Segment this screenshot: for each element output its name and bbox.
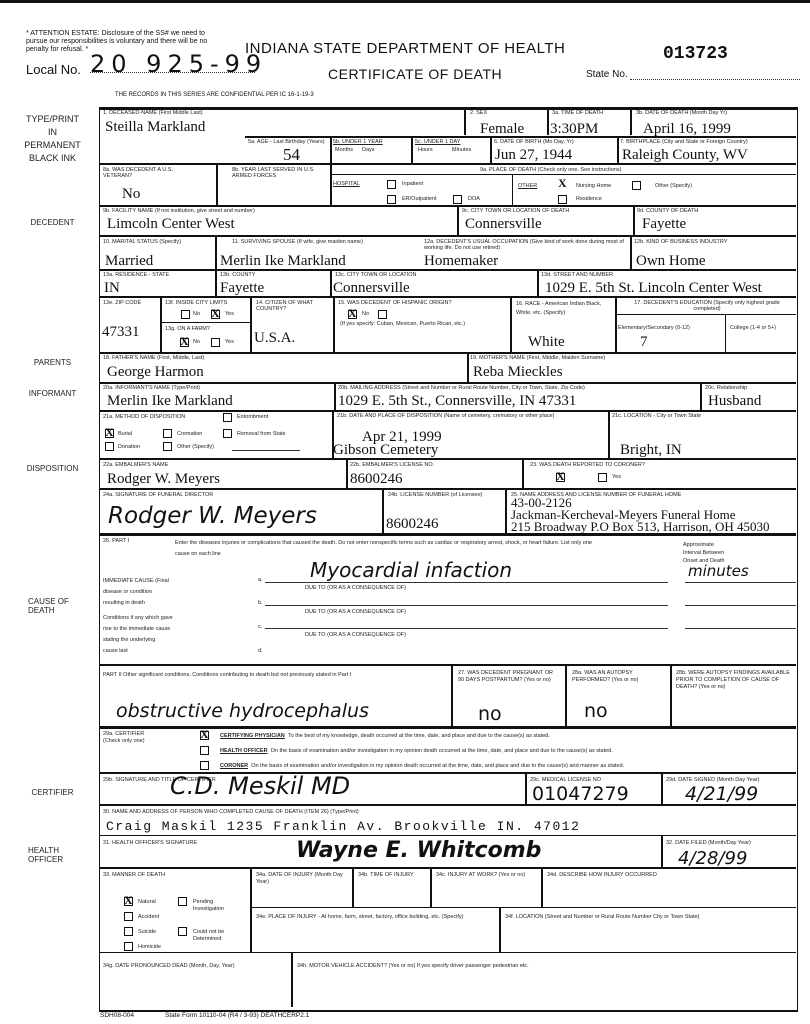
divider — [99, 835, 796, 836]
form-code: SDH08-004 — [100, 1012, 134, 1019]
coroner-yes-checkbox[interactable] — [598, 473, 607, 482]
birthplace[interactable]: Raleigh County, WV — [622, 147, 748, 163]
age-value[interactable]: 54 — [283, 147, 300, 163]
immediate-cause[interactable]: Myocardial infaction — [310, 558, 512, 582]
label: DOA — [468, 196, 480, 202]
certifier-section-label: CERTIFIER — [10, 788, 95, 797]
embalmer-name[interactable]: Rodger W. Meyers — [107, 471, 220, 487]
mother-name[interactable]: Reba Mieckles — [473, 364, 563, 380]
interval-line-a — [685, 582, 796, 583]
funeral-director-signature[interactable]: Rodger W. Meyers — [108, 503, 317, 529]
label: disease or condition — [103, 587, 169, 598]
divider — [99, 296, 796, 298]
state-form-number: State Form 10110-04 (R4 / 3-93) DEATHCER… — [165, 1012, 309, 1019]
residence-checkbox[interactable] — [558, 195, 567, 204]
label: Approximate — [683, 541, 725, 549]
label: 21b. DATE AND PLACE OF DISPOSITION (Name… — [337, 413, 602, 419]
divider — [499, 907, 501, 952]
label: To the best of my knowledge, death occur… — [288, 733, 550, 739]
pending-checkbox[interactable] — [178, 897, 187, 906]
accident-checkbox[interactable] — [124, 912, 133, 921]
cause-line-a — [265, 582, 668, 583]
divider — [522, 458, 524, 488]
divider — [512, 175, 513, 205]
divider — [99, 952, 796, 953]
label: 26. PART I — [103, 538, 129, 544]
hispanic-no-checkbox[interactable] — [348, 310, 357, 319]
label: 20a. INFORMANT'S NAME (Type/Print) — [103, 385, 200, 391]
label: 23. WAS DEATH REPORTED TO CORONER? — [530, 462, 645, 468]
label: 21c. LOCATION - City or Town State — [612, 413, 701, 419]
label: Pending Investigation — [193, 899, 238, 913]
divider — [505, 488, 507, 533]
pregnant-value[interactable]: no — [478, 703, 502, 725]
label: 34g. DATE PRONOUNCED DEAD (Month, Day, Y… — [103, 963, 235, 969]
label: 12b. KIND OF BUSINESS INDUSTRY — [634, 239, 727, 245]
label: 13g. ON A FARM? — [165, 326, 210, 332]
divider — [382, 488, 384, 533]
label: Accident — [138, 914, 159, 920]
divider — [330, 269, 332, 296]
label: 13e. ZIP CODE — [103, 300, 141, 306]
divider — [467, 352, 469, 382]
divider — [617, 136, 619, 163]
hispanic-yes-checkbox[interactable] — [378, 310, 387, 319]
label: 20b. MAILING ADDRESS (Street and Number … — [338, 385, 585, 391]
label: Suicide — [138, 929, 156, 935]
side-line: BLACK INK — [10, 152, 95, 165]
parents-section-label: PARENTS — [10, 358, 95, 367]
label: 13d. STREET AND NUMBER — [541, 272, 613, 278]
label: 32. DATE FILED (Month/Day Year) — [666, 840, 751, 846]
residence-city[interactable]: Connersville — [333, 280, 410, 296]
doa-checkbox[interactable] — [453, 195, 462, 204]
sex-value[interactable]: Female — [480, 121, 524, 137]
local-no-label: Local No. — [26, 62, 81, 77]
label: 5c. UNDER 1 DAY — [415, 139, 460, 145]
time-of-death[interactable]: 3:30PM — [550, 121, 598, 137]
label: resulting in death — [103, 598, 169, 609]
label: Entombment — [237, 414, 268, 420]
label: DUE TO (OR AS A CONSEQUENCE OF) — [305, 585, 406, 591]
confidential-note: THE RECORDS IN THIS SERIES ARE CONFIDENT… — [115, 92, 314, 98]
label: 11. SURVIVING SPOUSE (If wife, give maid… — [232, 239, 363, 245]
label: 12a. DECEDENT'S USUAL OCCUPATION (Give k… — [424, 239, 624, 251]
side-line: TYPE/PRINT — [10, 113, 95, 126]
label: 6. DATE OF BIRTH (Mo Day, Yr) — [494, 139, 574, 145]
label: 30. NAME AND ADDRESS OF PERSON WHO COMPL… — [103, 809, 359, 815]
date-of-death[interactable]: April 16, 1999 — [643, 121, 731, 137]
department-name: INDIANA STATE DEPARTMENT OF HEALTH — [245, 40, 565, 57]
label: DUE TO (OR AS A CONSEQUENCE OF) — [305, 632, 406, 638]
divider — [99, 163, 796, 165]
divider — [490, 136, 492, 163]
label: No — [193, 339, 200, 345]
divider — [541, 867, 543, 907]
date-filed[interactable]: 4/28/99 — [678, 848, 747, 869]
divider — [330, 136, 332, 163]
informant-address[interactable]: 1029 E. 5th St., Connersville, IN 47331 — [338, 393, 576, 409]
local-no-value: 20 925-99 — [90, 50, 267, 78]
label: d. — [258, 648, 263, 654]
disposition-location[interactable]: Bright, IN — [620, 442, 682, 458]
coroner-option: CORONER On the basis of examination and/… — [220, 763, 624, 769]
label: No — [193, 311, 200, 317]
zip-code[interactable]: 47331 — [102, 324, 140, 340]
divider — [525, 772, 527, 804]
veteran-value[interactable]: No — [122, 186, 140, 202]
divider — [510, 296, 512, 352]
medical-license[interactable]: 01047279 — [532, 783, 629, 805]
divider — [352, 867, 354, 907]
label: 8a. WAS DECEDENT A U.S. VETERAN? — [103, 167, 203, 179]
certificate-number: 013723 — [663, 44, 728, 64]
donation-checkbox[interactable] — [105, 442, 114, 451]
divider — [457, 205, 459, 235]
label: 24b. LICENSE NUMBER (of Licensee) — [388, 492, 498, 498]
label: Elementary/Secondary (0-12) — [618, 325, 690, 331]
label: 17. DECEDENT'S EDUCATION (Specify only h… — [622, 300, 792, 312]
divider — [160, 322, 250, 323]
certifying-physician-option: CERTIFYING PHYSICIAN To the best of my k… — [220, 733, 550, 739]
coroner-no-checkbox[interactable] — [556, 473, 565, 482]
divider — [99, 664, 796, 666]
label: College (1-4 or 5+) — [730, 325, 776, 331]
divider — [99, 269, 796, 271]
removal-checkbox[interactable] — [223, 429, 232, 438]
divider — [99, 352, 796, 354]
entombment-checkbox[interactable] — [223, 413, 232, 422]
label: 29a. CERTIFIER (Check only one) — [103, 731, 163, 745]
divider — [547, 108, 549, 135]
label: 28b. WERE AUTOPSY FINDINGS AVAILABLE PRI… — [676, 670, 791, 691]
divider — [250, 296, 252, 352]
divider — [725, 314, 726, 352]
label: 9c. CITY TOWN OR LOCATION OF DEATH — [462, 208, 569, 214]
deceased-name[interactable]: Steilla Markland — [105, 119, 205, 135]
label: Homicide — [138, 944, 161, 950]
conditions-label: Conditions if any which gave rise to the… — [103, 613, 173, 657]
divider — [615, 314, 796, 315]
divider — [245, 136, 796, 138]
label: Yes — [612, 474, 621, 480]
divider — [99, 235, 796, 237]
certifier-signature[interactable]: C.D. Meskil MD — [170, 772, 350, 800]
divider — [565, 664, 567, 726]
label: Interval Between — [683, 549, 725, 557]
divider — [633, 205, 635, 235]
divider — [430, 867, 432, 907]
label: Other (Specify) — [177, 444, 214, 450]
divider — [615, 296, 617, 352]
top-border — [0, 0, 810, 3]
label: (If yes specify: Cuban, Mexican, Puerto … — [340, 321, 505, 327]
divider — [334, 382, 336, 410]
label: a. — [258, 577, 263, 583]
label: Donation — [118, 444, 140, 450]
natural-checkbox[interactable] — [124, 897, 133, 906]
informant-section-label: INFORMANT — [10, 389, 95, 398]
label: Other (Specify) — [655, 183, 692, 189]
divider — [411, 136, 413, 163]
label: 16. RACE - American Indian Black, White,… — [516, 300, 611, 318]
coroner-checkbox[interactable] — [200, 761, 209, 770]
inside-city-yes-checkbox[interactable] — [211, 310, 220, 319]
divider — [608, 410, 610, 458]
divider — [330, 174, 796, 175]
marital-status[interactable]: Married — [105, 253, 153, 269]
label: 3b. DATE OF DEATH (Month Day Yr) — [636, 110, 727, 116]
label: Minutes — [452, 147, 471, 153]
label: 8b. YEAR LAST SERVED IN U.S. ARMED FORCE… — [232, 167, 327, 179]
divider — [330, 163, 332, 205]
suicide-checkbox[interactable] — [124, 927, 133, 936]
surviving-spouse[interactable]: Merlin Ike Markland — [220, 253, 346, 269]
label: 14. CITIZEN OF WHAT COUNTRY? — [256, 300, 328, 312]
label: 9a. PLACE OF DEATH (Check only one. See … — [480, 167, 621, 173]
label: 27. WAS DECEDENT PREGNANT OR 90 DAYS POS… — [458, 670, 558, 684]
label: 34c. INJURY AT WORK? (Yes or no) — [436, 872, 526, 879]
label: Natural — [138, 899, 156, 905]
label: 34b. TIME OF INJURY — [358, 872, 418, 879]
other-conditions[interactable]: obstructive hydrocephalus — [116, 700, 369, 722]
label: Enter the diseases injuries or complicat… — [175, 538, 595, 560]
label: 10. MARITAL STATUS (Specify) — [103, 239, 181, 245]
divider — [216, 163, 218, 205]
homicide-checkbox[interactable] — [124, 942, 133, 951]
label: 22a. EMBALMER'S NAME — [103, 462, 168, 468]
divider — [99, 533, 796, 536]
divider — [215, 269, 217, 296]
label: On the basis of examination and/or inves… — [271, 748, 613, 754]
street-address[interactable]: 1029 E. 5th St. Lincoln Center West — [545, 280, 762, 296]
divider — [670, 664, 672, 726]
label: On the basis of examination and/or inves… — [251, 763, 624, 769]
label: 31. HEALTH OFFICER'S SIGNATURE — [103, 840, 197, 846]
other-specify-line — [232, 450, 300, 451]
education-elementary[interactable]: 7 — [640, 334, 648, 350]
label: 34a. DATE OF INJURY (Month Day Year) — [256, 872, 346, 886]
er-outpatient-checkbox[interactable] — [387, 195, 396, 204]
type-print-label: TYPE/PRINT IN PERMANENT BLACK INK — [10, 113, 95, 165]
label: 7. BIRTHPLACE (City and State or Foreign… — [620, 139, 748, 145]
other-disposition-checkbox[interactable] — [163, 442, 172, 451]
state-no-label: State No. — [586, 69, 628, 80]
side-line: PERMANENT — [10, 139, 95, 152]
label: Nursing Home — [576, 183, 611, 189]
label: 1. DECEASED-NAME (First Middle Last) — [103, 110, 203, 116]
inside-city-no-checkbox[interactable] — [181, 310, 190, 319]
label: b. — [258, 600, 263, 606]
county-of-death[interactable]: Fayette — [642, 216, 686, 232]
label: ER/Outpatient — [402, 196, 437, 202]
label: CERTIFYING PHYSICIAN — [220, 733, 285, 739]
informant-relationship[interactable]: Husband — [708, 393, 761, 409]
residence-county[interactable]: Fayette — [220, 280, 264, 296]
on-farm-no-checkbox[interactable] — [180, 338, 189, 347]
label: Cremation — [177, 431, 202, 437]
divider — [99, 382, 796, 384]
label: 34h. MOTOR VEHICLE ACCIDENT? (Yes or no)… — [297, 963, 529, 969]
label: Yes — [225, 311, 234, 317]
divider — [250, 867, 252, 952]
divider — [160, 296, 162, 352]
director-license[interactable]: 8600246 — [386, 516, 439, 532]
on-farm-yes-checkbox[interactable] — [211, 338, 220, 347]
residence-state[interactable]: IN — [104, 280, 120, 296]
label: CORONER — [220, 763, 248, 769]
label: 22b. EMBALMER'S LICENSE NO. — [350, 462, 434, 468]
divider — [99, 458, 796, 460]
father-name[interactable]: George Harmon — [107, 364, 204, 380]
label: 13c. CITY TOWN OR LOCATION — [335, 272, 417, 278]
divider — [99, 205, 796, 207]
cause-line-b — [265, 605, 668, 606]
city-of-death[interactable]: Connersville — [465, 216, 542, 232]
facility-name[interactable]: Limcoln Center West — [107, 216, 235, 232]
label: 9b. FACILITY NAME (If not institution, g… — [103, 208, 255, 214]
health-officer-checkbox[interactable] — [200, 746, 209, 755]
immediate-cause-label: IMMEDIATE CAUSE (Final disease or condit… — [103, 576, 169, 609]
citizen-country[interactable]: U.S.A. — [254, 330, 295, 346]
label: 19. MOTHER'S NAME (First, Middle, Maiden… — [470, 355, 605, 361]
label: 18. FATHER'S NAME (First, Middle, Last) — [103, 355, 204, 361]
divider — [661, 835, 663, 867]
label: Months — [335, 147, 353, 153]
label: Burial — [118, 431, 132, 437]
cremation-checkbox[interactable] — [163, 429, 172, 438]
disposition-place[interactable]: Gibson Cemetery — [333, 442, 438, 458]
industry[interactable]: Own Home — [636, 253, 706, 269]
autopsy-value[interactable]: no — [584, 700, 608, 722]
divider — [99, 867, 796, 869]
label: 21a. METHOD OF DISPOSITION — [103, 414, 185, 420]
funeral-home-address[interactable]: 215 Broadway P.O Box 513, Harrison, OH 4… — [511, 521, 770, 533]
label: OTHER — [518, 183, 537, 189]
label: 13b. COUNTY — [220, 272, 255, 278]
label: 34d. DESCRIBE HOW INJURY OCCURRED — [547, 872, 657, 878]
other-specify-checkbox[interactable] — [632, 181, 641, 190]
label: 34f. LOCATION (Street and Number or Rura… — [505, 914, 700, 920]
divider — [250, 907, 796, 908]
completer-name-address[interactable]: Craig Maskil 1235 Franklin Av. Brookvill… — [106, 819, 580, 834]
label: Inpatient — [402, 181, 423, 187]
divider — [630, 235, 632, 269]
label: Residence — [576, 196, 602, 202]
label: 28a. WAS AN AUTOPSY PERFORMED? (Yes or n… — [572, 670, 662, 684]
label: cause last — [103, 646, 173, 657]
label: 13a. RESIDENCE - STATE — [103, 272, 169, 278]
health-officer-option: HEALTH OFFICER On the basis of examinati… — [220, 748, 613, 754]
date-of-birth[interactable]: Jun 27, 1944 — [495, 147, 572, 163]
label: HOSPITAL — [333, 181, 360, 187]
label: rise to the immediate cause — [103, 624, 173, 635]
label: 3a. TIME OF DEATH — [552, 110, 603, 116]
label: 5b. UNDER 1 YEAR — [333, 139, 383, 145]
divider — [99, 410, 796, 412]
disposition-section-label: DISPOSITION — [10, 464, 95, 473]
label: Yes — [225, 339, 234, 345]
label: Conditions if any which gave — [103, 613, 173, 624]
divider — [99, 804, 796, 806]
decedent-section-label: DECEDENT — [10, 218, 95, 227]
label: stating the underlying — [103, 635, 173, 646]
cause-line-c — [265, 628, 668, 629]
divider — [99, 488, 796, 490]
certificate-title: CERTIFICATE OF DEATH — [328, 66, 502, 82]
label: 33. MANNER OF DEATH — [103, 872, 165, 878]
divider — [661, 772, 663, 804]
label: DUE TO (OR AS A CONSEQUENCE OF) — [305, 609, 406, 615]
certifying-physician-checkbox[interactable] — [200, 731, 209, 740]
divider — [630, 108, 632, 135]
interval-line-b — [685, 605, 796, 606]
embalmer-license[interactable]: 8600246 — [350, 471, 403, 487]
race-value[interactable]: White — [528, 334, 565, 350]
label: Days — [362, 147, 375, 153]
undetermined-checkbox[interactable] — [178, 927, 187, 936]
label: IMMEDIATE CAUSE (Final — [103, 576, 169, 587]
label: No — [362, 311, 369, 317]
label: 24a. SIGNATURE OF FUNERAL DIRECTOR — [103, 492, 213, 498]
divider — [700, 382, 702, 410]
divider — [451, 664, 453, 726]
date-signed[interactable]: 4/21/99 — [685, 783, 758, 805]
label: Removal from State — [237, 431, 286, 437]
label: 9d. COUNTY OF DEATH — [637, 208, 698, 214]
divider — [537, 269, 539, 296]
label: 20c. Relationship — [705, 385, 747, 391]
divider — [333, 296, 335, 352]
interval-line-c — [685, 628, 796, 629]
divider — [464, 108, 466, 135]
label: PART II Other significant conditions. Co… — [103, 672, 351, 678]
label: Hours — [418, 147, 433, 153]
divider — [215, 235, 217, 269]
informant-name[interactable]: Merlin Ike Markland — [107, 393, 233, 409]
side-line: IN — [10, 126, 95, 139]
label: HEALTH OFFICER — [220, 748, 268, 754]
interval-value[interactable]: minutes — [688, 562, 749, 580]
divider — [291, 952, 293, 1007]
state-no-line — [630, 79, 800, 80]
health-officer-signature[interactable]: Wayne E. Whitcomb — [296, 838, 541, 863]
burial-checkbox[interactable] — [105, 429, 114, 438]
label: c. — [258, 624, 262, 630]
label: 34e. PLACE OF INJURY - At home, farm, st… — [256, 914, 496, 921]
label: 2. SEX — [470, 110, 487, 116]
divider — [346, 458, 348, 488]
occupation[interactable]: Homemaker — [424, 253, 498, 269]
nursing-home-checkbox[interactable] — [558, 180, 567, 189]
inpatient-checkbox[interactable] — [387, 180, 396, 189]
label: Could not be Determined — [193, 929, 238, 943]
